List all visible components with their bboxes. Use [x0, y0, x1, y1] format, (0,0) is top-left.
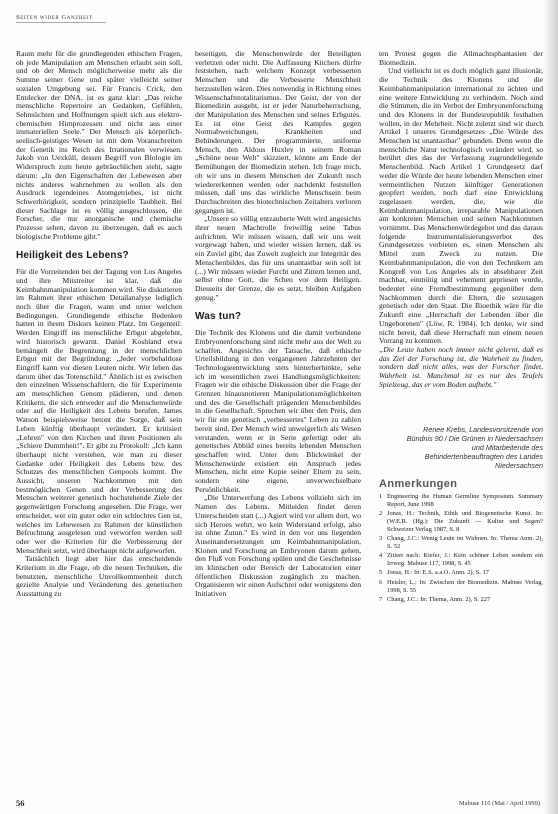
paragraph: Die Technik des Klonens und die damit ve… — [195, 329, 361, 494]
paragraph: Tatsächlich liegt aber hier das entschei… — [16, 555, 182, 599]
column-middle: beseitigen, die Menschenwürde der Beteil… — [195, 50, 361, 599]
section-heading: Was tun? — [195, 313, 361, 322]
footnotes-list: 1Engineering the Human Germline Symposiu… — [379, 493, 543, 604]
footnote: 3Chang, J.C.: Wenig Leute im Widmen. In:… — [379, 535, 543, 550]
footnote: 2Jonas, H.: Technik, Ethik und Biogeneti… — [379, 510, 543, 533]
bio-line: Niedersachsen — [379, 461, 543, 470]
paragraph: beseitigen, die Menschenwürde der Beteil… — [195, 50, 361, 215]
issue-info: Mabuse 116 (Mai / April 1999) — [459, 800, 540, 807]
section-heading: Heiligkeit des Lebens? — [16, 252, 182, 261]
bio-line: Renee Krebs, Landesvorsitzende von — [379, 425, 543, 434]
quote: „Die Leute haben noch immer nicht gelern… — [379, 346, 543, 390]
paragraph: „Die Unterwerfung des Lebens vollzieht s… — [195, 494, 361, 598]
page-fold-shadow — [544, 0, 558, 814]
footnote: 5Jonas, H.: In: E.S. a.a.O. Anm. 2), S. … — [379, 569, 543, 577]
bio-line: und Mitarbeitende des — [379, 443, 543, 452]
notes-heading: Anmerkungen — [379, 480, 543, 489]
footnote: 4Zitiert nach: Kiefer, J.: Kein schöner … — [379, 552, 543, 567]
bio-line: Bündnis 90 / Die Grünen in Niedersachsen — [379, 434, 543, 443]
column-right: ten Protest gegen die Allmachtsphantasie… — [379, 50, 543, 606]
footnote: 6Heisler, L.: In: Zwischen der Biomedizi… — [379, 579, 543, 594]
footnote: 1Engineering the Human Germline Symposiu… — [379, 493, 543, 508]
column-left: Raum mehr für die grundlegenden ethische… — [16, 50, 182, 599]
paragraph: Für die Vorreitenden bei der Tagung von … — [16, 268, 182, 555]
paragraph: „Unsere so völlig entzauberte Welt wird … — [195, 215, 361, 302]
bio-line: Behindertenbeauftragten des Landes — [379, 452, 543, 461]
paragraph: Raum mehr für die grundlegenden ethische… — [16, 50, 182, 241]
paragraph: Und vielleicht ist es doch möglich ganz … — [379, 67, 543, 346]
paragraph: ten Protest gegen die Allmachtsphantasie… — [379, 50, 543, 67]
running-title: Seiten wider Ganzheit — [16, 14, 106, 23]
page-number: 56 — [16, 798, 25, 808]
author-bio: Renee Krebs, Landesvorsitzende von Bündn… — [379, 425, 543, 470]
footnote: 7Chang, J.C.: In: Thema, Anm. 2), S. 227 — [379, 596, 543, 604]
